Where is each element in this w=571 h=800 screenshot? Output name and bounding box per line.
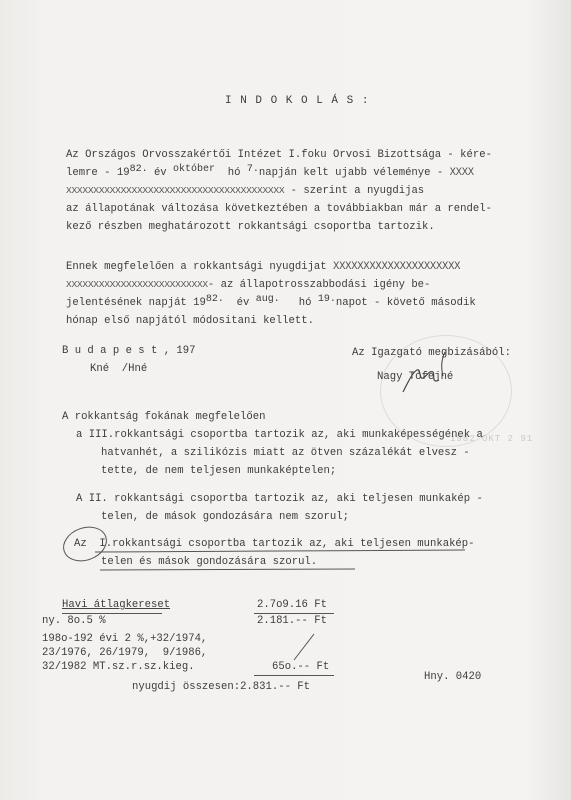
- text: év: [148, 167, 173, 179]
- struck-text: XXXX: [450, 167, 474, 179]
- group3-line2: hatvanhét, a szilikózis miatt az ötven s…: [101, 446, 470, 460]
- text: Havi átlagkereset: [62, 599, 170, 611]
- paragraph2-line2: XXXXXXXXXXXXXXXXXXXXXXXXXX- az állapotro…: [66, 278, 430, 292]
- total-value: 2.831.-- Ft: [240, 681, 310, 693]
- avg-earnings-value: 2.7o9.16 Ft: [257, 598, 327, 612]
- text: napján kelt ujabb véleménye -: [259, 167, 450, 179]
- filled-day: 19.: [318, 294, 336, 305]
- document-title: I N D O K O L Á S :: [225, 94, 369, 108]
- initials: Kné /Hné: [90, 362, 147, 376]
- paragraph2-line3: jelentésének napját 1982. év aug. hó 19.…: [66, 296, 476, 311]
- group2-line1: A II. rokkantsági csoportba tartozik az,…: [76, 492, 483, 506]
- check-mark-icon: [290, 630, 320, 662]
- handwritten-markings-icon: [55, 520, 475, 575]
- total-label: nyugdij összesen:: [132, 681, 240, 693]
- text: napot - követő második: [336, 297, 476, 309]
- struck-text: XXXXXXXXXXXXXXXXXXXXXXXXXX: [66, 279, 208, 290]
- increase-line1: 198o-192 évi 2 %,+32/1974,: [42, 632, 207, 646]
- text: - az állapotrosszabbodási igény be-: [208, 279, 431, 291]
- paragraph2-line1: Ennek megfelelően a rokkantsági nyugdija…: [66, 260, 460, 274]
- reference-number: Hny. 0420: [424, 670, 481, 684]
- struck-text: XXXXXXXXXXXXXXXXXXXXXXXXXXXXXXXXXXXXXXXX: [66, 185, 284, 196]
- text: hó: [280, 297, 318, 309]
- filled-year: 82.: [130, 164, 148, 175]
- categories-intro: A rokkantság fokának megfelelően: [62, 410, 265, 424]
- underline: [254, 675, 334, 676]
- text: év: [224, 297, 256, 309]
- paragraph1-line3: XXXXXXXXXXXXXXXXXXXXXXXXXXXXXXXXXXXXXXXX…: [66, 184, 424, 198]
- filled-month: aug.: [256, 294, 280, 305]
- filled-year: 82.: [206, 294, 224, 305]
- group3-line1: a III.rokkantsági csoportba tartozik az,…: [76, 428, 483, 442]
- handwritten-signature-icon: [395, 350, 455, 400]
- avg-earnings-label: Havi átlagkereset: [62, 598, 170, 612]
- pension-percent-label: ny. 8o.5 %: [42, 614, 106, 628]
- filled-day: 7.: [247, 164, 259, 175]
- document-page: I N D O K O L Á S : Az Országos Orvossza…: [0, 0, 571, 800]
- filled-month: október: [173, 164, 215, 175]
- paragraph2-line4: hónap első napjától módositani kellett.: [66, 314, 314, 328]
- text: lemre - 19: [66, 167, 130, 179]
- place-date: B u d a p e s t , 197: [62, 344, 196, 358]
- paragraph1-line2: lemre - 1982. év október hó 7.napján kel…: [66, 166, 474, 181]
- text: - szerint a nyugdijas: [284, 185, 424, 197]
- group3-line3: tette, de nem teljesen munkaképtelen;: [101, 464, 336, 478]
- paragraph1-line4: az állapotának változása következtében a…: [66, 202, 492, 216]
- total-pension: nyugdij összesen:2.831.-- Ft: [132, 680, 310, 694]
- text: hó: [215, 167, 247, 179]
- paragraph1-line1: Az Országos Orvosszakértői Intézet I.fok…: [66, 148, 492, 162]
- pension-percent-value: 2.181.-- Ft: [257, 614, 327, 628]
- text: Ennek megfelelően a rokkantsági nyugdija…: [66, 261, 333, 273]
- increase-line2: 23/1976, 26/1979, 9/1986,: [42, 646, 207, 660]
- paragraph1-line5: kező részben meghatározott rokkantsági c…: [66, 220, 435, 234]
- increase-value: 65o.-- Ft: [272, 660, 329, 674]
- text: jelentésének napját 19: [66, 297, 206, 309]
- struck-text: XXXXXXXXXXXXXXXXXXXXX: [333, 261, 460, 273]
- increase-line3: 32/1982 MT.sz.r.sz.kieg.: [42, 660, 195, 674]
